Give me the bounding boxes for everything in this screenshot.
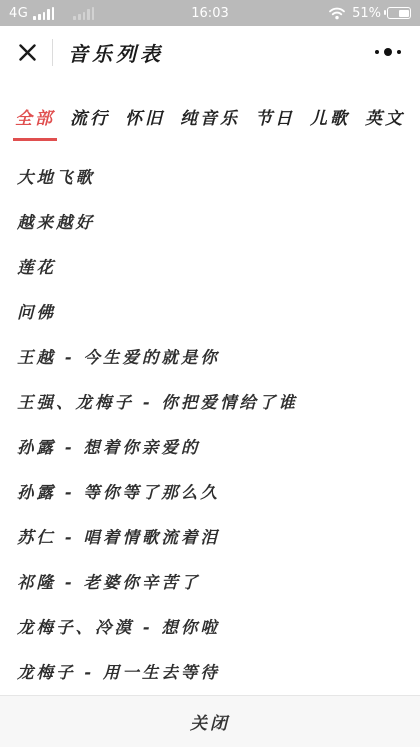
song-item[interactable]: 孙露 - 等你等了那么久	[17, 470, 410, 515]
song-item[interactable]: 莲花	[17, 245, 410, 290]
header: 音乐列表	[0, 26, 420, 78]
song-item[interactable]: 龙梅子 - 用一生去等待	[17, 650, 410, 695]
song-list: 大地飞歌 越来越好 莲花 问佛 王越 - 今生爱的就是你 王强、龙梅子 - 你把…	[0, 141, 420, 695]
close-bar-label: 关闭	[190, 709, 230, 734]
page-title: 音乐列表	[68, 38, 164, 67]
wifi-icon	[328, 6, 346, 20]
song-item[interactable]: 王越 - 今生爱的就是你	[17, 335, 410, 380]
tab-festival[interactable]: 节日	[253, 104, 297, 141]
tab-nostalgia[interactable]: 怀旧	[123, 104, 167, 141]
song-item[interactable]: 苏仁 - 唱着情歌流着泪	[17, 515, 410, 560]
tab-instrumental[interactable]: 纯音乐	[178, 104, 242, 141]
status-right-group: 51%	[328, 6, 411, 21]
song-item[interactable]: 大地飞歌	[17, 155, 410, 200]
header-divider	[52, 39, 53, 66]
more-dots-icon	[375, 50, 380, 55]
song-item[interactable]: 问佛	[17, 290, 410, 335]
category-tabs: 全部 流行 怀旧 纯音乐 节日 儿歌 英文	[0, 78, 420, 141]
network-type-label: 4G	[9, 6, 28, 21]
close-button[interactable]	[17, 42, 37, 62]
song-item[interactable]: 龙梅子、冷漠 - 想你啦	[17, 605, 410, 650]
song-item[interactable]: 祁隆 - 老婆你辛苦了	[17, 560, 410, 605]
signal-bars-dim-icon	[73, 7, 94, 20]
close-bar-button[interactable]: 关闭	[0, 695, 420, 747]
song-item[interactable]: 王强、龙梅子 - 你把爱情给了谁	[17, 380, 410, 425]
battery-icon	[387, 7, 411, 19]
tab-pop[interactable]: 流行	[68, 104, 112, 141]
status-left-group: 4G	[9, 6, 94, 21]
close-icon	[19, 44, 36, 61]
tab-all[interactable]: 全部	[13, 104, 57, 141]
tab-english[interactable]: 英文	[363, 104, 407, 141]
status-bar: 4G 16:03 51%	[0, 0, 420, 26]
battery-percent-label: 51%	[352, 6, 381, 21]
song-item[interactable]: 越来越好	[17, 200, 410, 245]
song-item[interactable]: 孙露 - 想着你亲爱的	[17, 425, 410, 470]
music-list-page: 4G 16:03 51% 音乐列表	[0, 0, 420, 747]
tab-children[interactable]: 儿歌	[308, 104, 352, 141]
signal-bars-icon	[33, 7, 54, 20]
more-button[interactable]	[373, 42, 404, 63]
